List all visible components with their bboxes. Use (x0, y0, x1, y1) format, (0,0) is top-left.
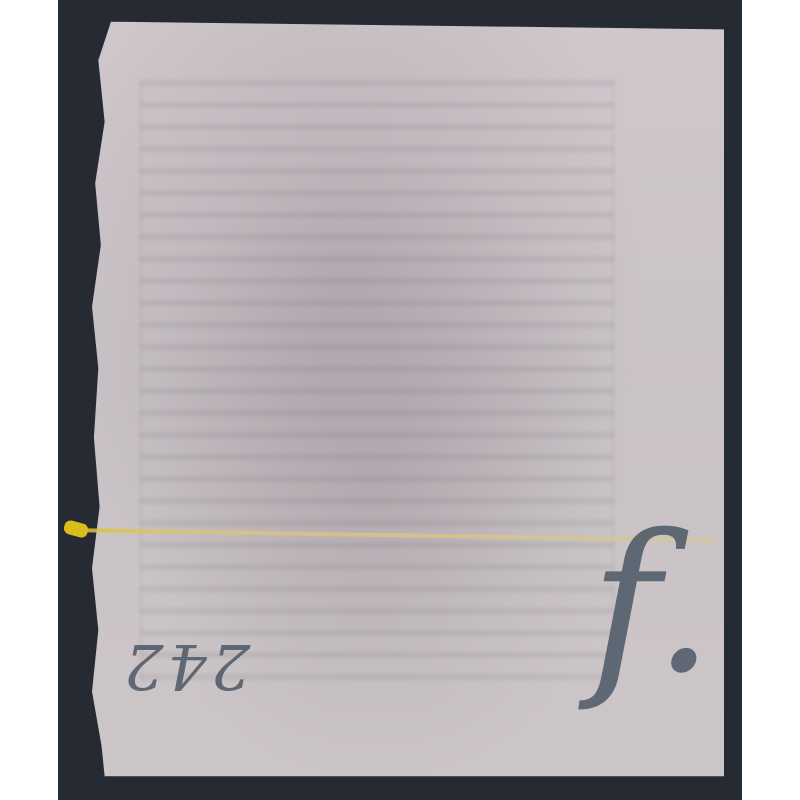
pencil-grade-mark: f. (590, 510, 714, 700)
pencil-catalog-number: 242 (120, 630, 250, 703)
show-through-design (140, 80, 614, 680)
